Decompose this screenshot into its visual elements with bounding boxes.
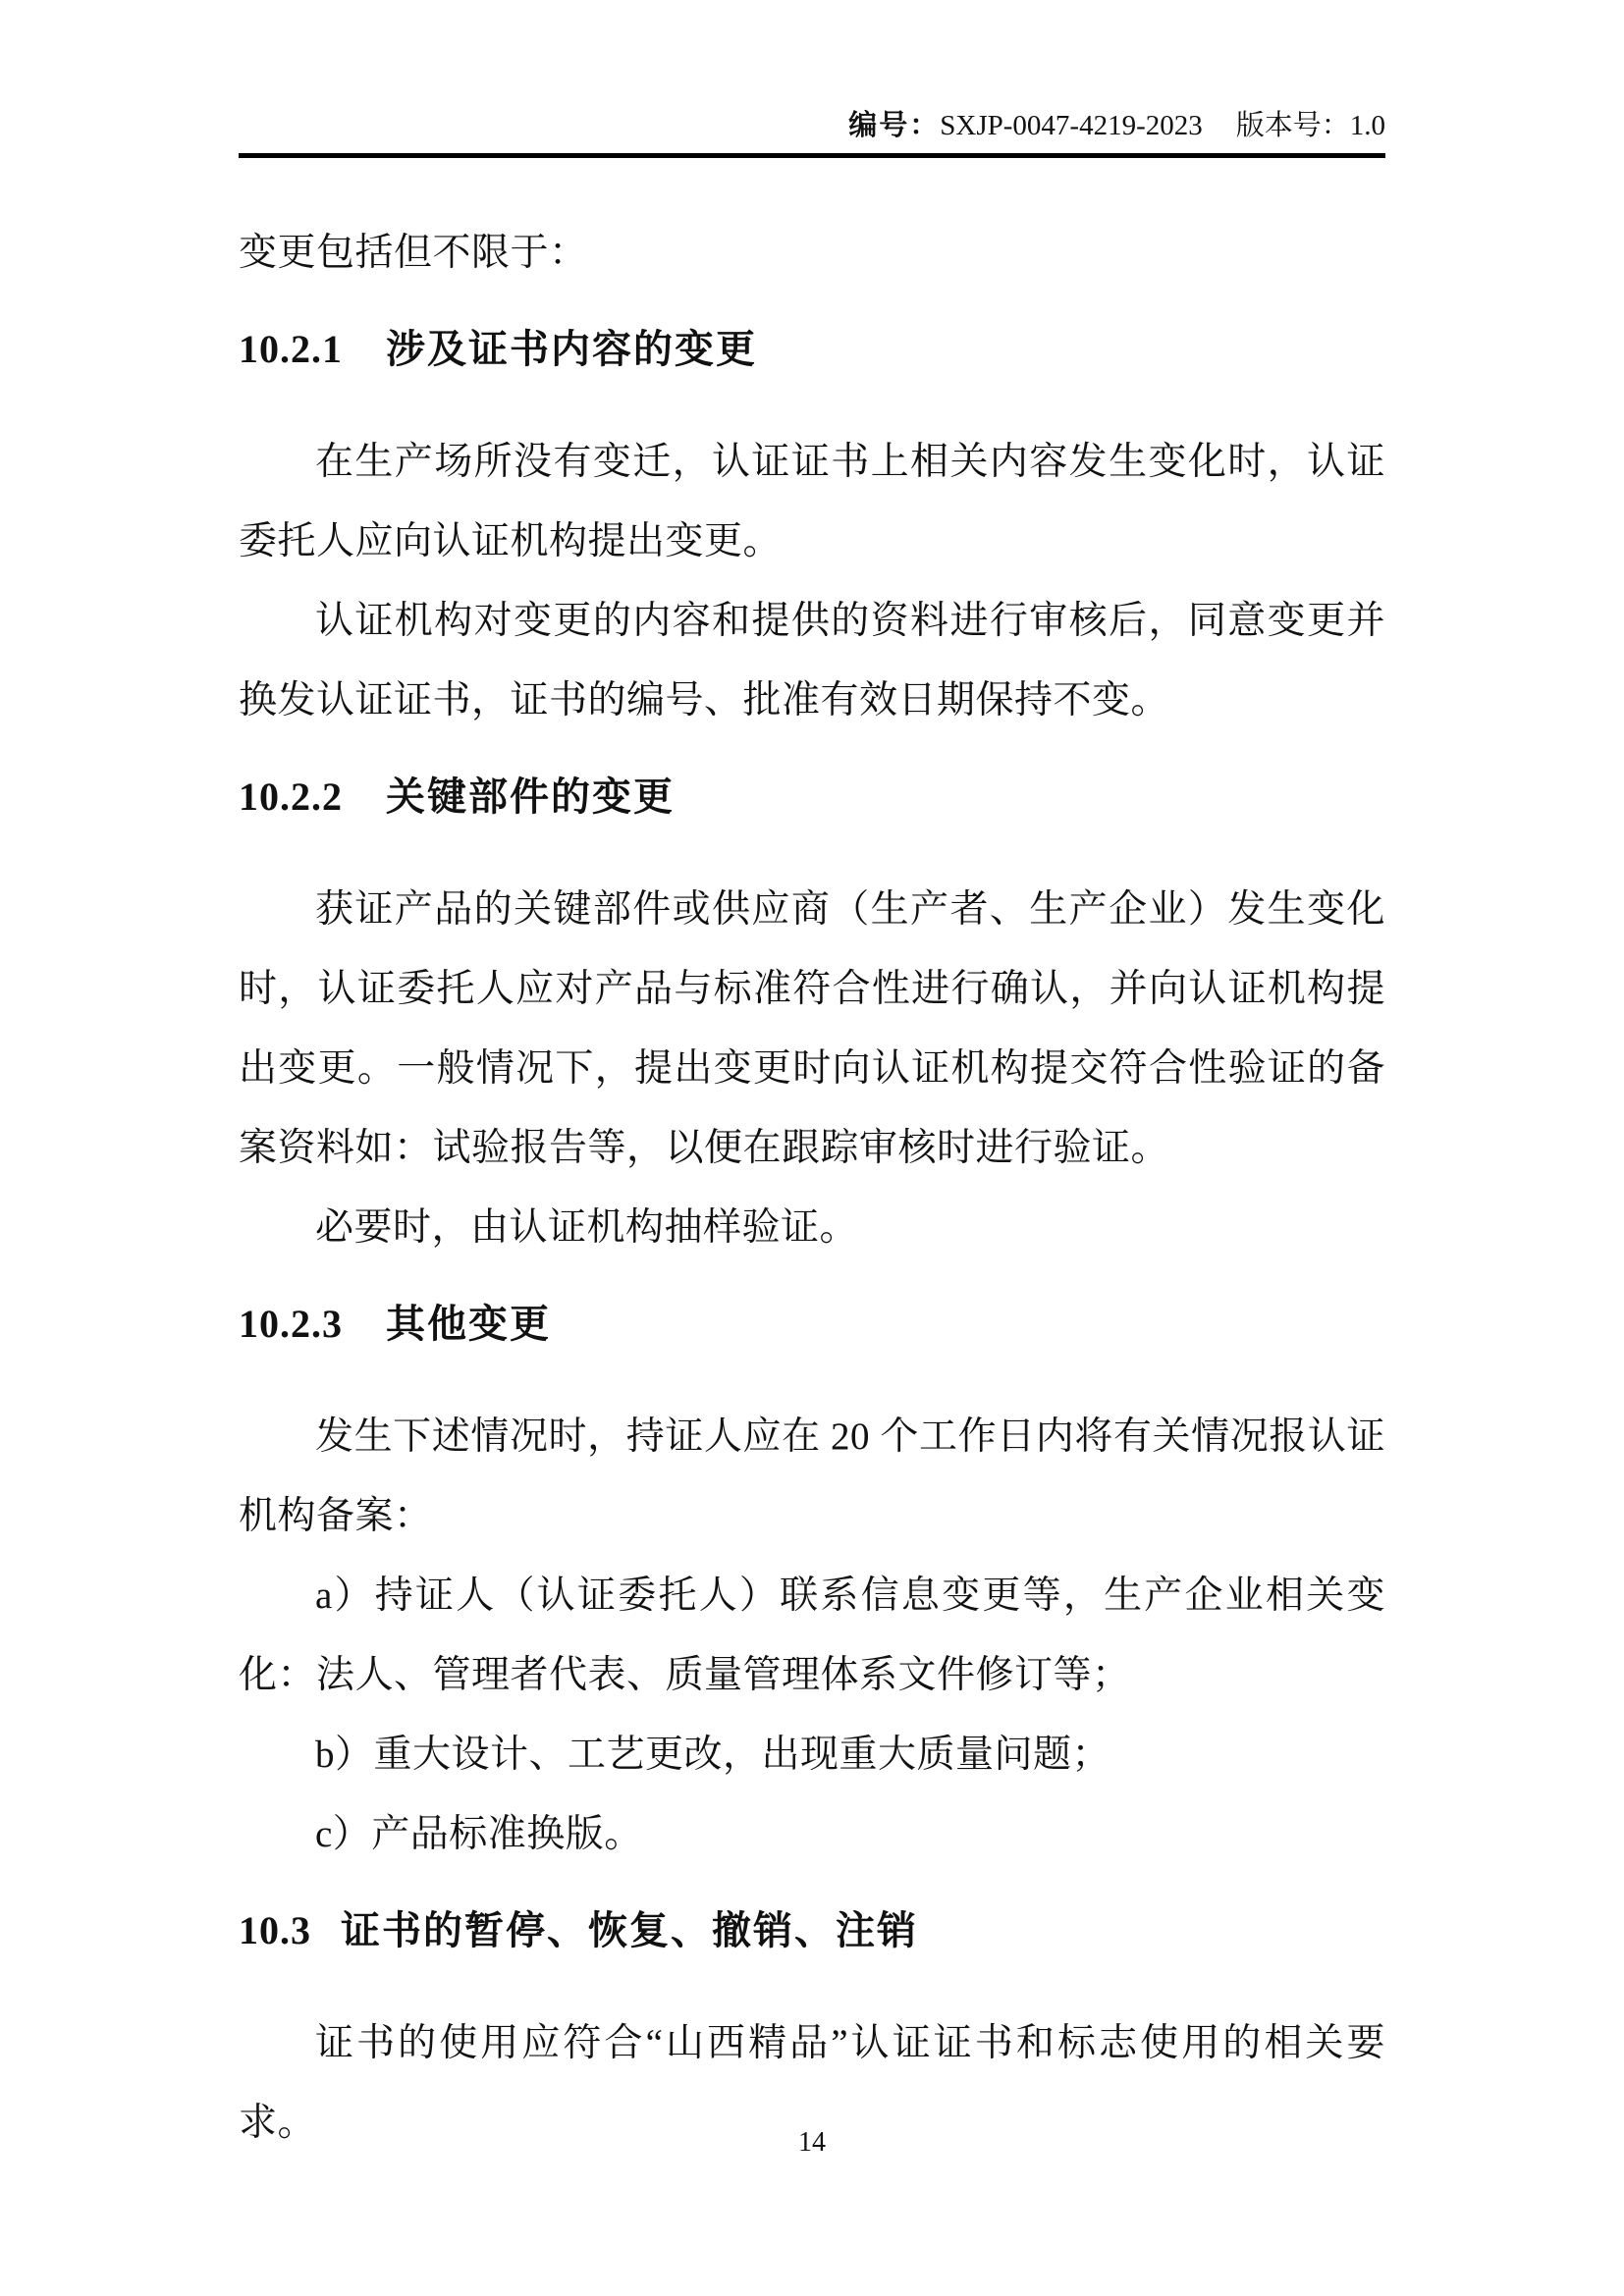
section-number: 10.3 [239, 1908, 311, 1952]
section-heading-10-2-3: 10.2.3其他变更 [239, 1285, 1385, 1363]
intro-paragraph: 变更包括但不限于： [239, 213, 1385, 293]
section-title: 涉及证书内容的变更 [386, 328, 757, 371]
body-paragraph: 必要时，由认证机构抽样验证。 [239, 1188, 1385, 1267]
section-heading-10-2-2: 10.2.2关键部件的变更 [239, 758, 1385, 836]
document-page: 编号：SXJP-0047-4219-2023版本号：1.0 变更包括但不限于： … [0, 0, 1624, 2296]
page-header: 编号：SXJP-0047-4219-2023版本号：1.0 [239, 0, 1385, 158]
section-number: 10.2.2 [239, 774, 343, 819]
version-label: 版本号： [1236, 110, 1350, 141]
section-number: 10.2.1 [239, 327, 343, 371]
body-paragraph: 发生下述情况时，持证人应在 20 个工作日内将有关情况报认证机构备案： [239, 1397, 1385, 1556]
list-item-c: c）产品标准换版。 [239, 1794, 1385, 1874]
page-number: 14 [798, 2127, 826, 2158]
page-footer: 14 [0, 2125, 1624, 2161]
body-paragraph: 在生产场所没有变迁，认证证书上相关内容发生变化时，认证委托人应向认证机构提出变更… [239, 422, 1385, 581]
section-title: 证书的暂停、恢复、撤销、注销 [341, 1909, 918, 1952]
version-value: 1.0 [1350, 110, 1385, 141]
document-body: 变更包括但不限于： 10.2.1涉及证书内容的变更 在生产场所没有变迁，认证证书… [239, 213, 1385, 2163]
list-item-b: b）重大设计、工艺更改，出现重大质量问题； [239, 1715, 1385, 1794]
section-number: 10.2.3 [239, 1302, 343, 1346]
list-item-a: a）持证人（认证委托人）联系信息变更等，生产企业相关变化：法人、管理者代表、质量… [239, 1556, 1385, 1715]
doc-number-label: 编号： [848, 110, 940, 141]
body-paragraph: 获证产品的关键部件或供应商（生产者、生产企业）发生变化时，认证委托人应对产品与标… [239, 870, 1385, 1188]
section-heading-10-3: 10.3证书的暂停、恢复、撤销、注销 [239, 1892, 1385, 1970]
section-title: 关键部件的变更 [386, 775, 675, 819]
doc-number-value: SXJP-0047-4219-2023 [940, 110, 1202, 141]
section-title: 其他变更 [386, 1303, 551, 1346]
body-paragraph: 认证机构对变更的内容和提供的资料进行审核后，同意变更并换发认证证书，证书的编号、… [239, 581, 1385, 740]
section-heading-10-2-1: 10.2.1涉及证书内容的变更 [239, 310, 1385, 389]
